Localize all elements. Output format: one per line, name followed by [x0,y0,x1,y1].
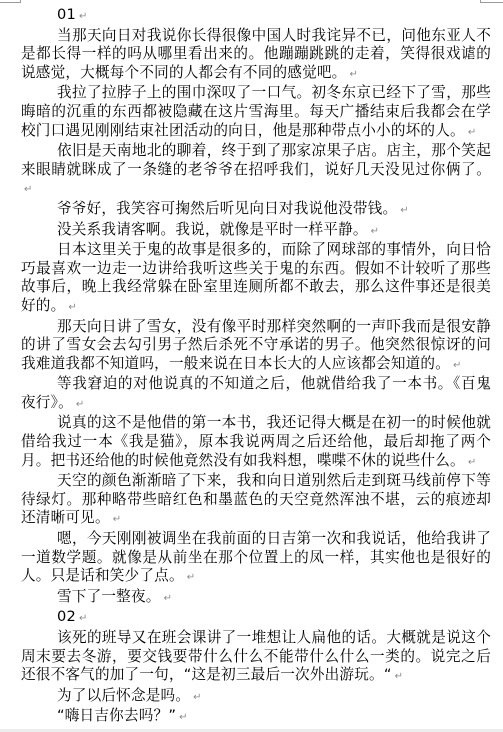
paragraph[interactable]: 当那天向日对我说你长得很像中国人时我诧异不已，问他东亚人不是都长得一样的吗从哪里… [21,27,491,85]
paragraph[interactable]: “嗨日吉你去吗？”↵ [21,707,491,728]
paragraph-mark-icon: ↵ [24,184,33,195]
paragraph-mark-icon: ↵ [164,593,173,604]
paragraph-mark-icon: ↵ [79,613,88,624]
paragraph[interactable]: 没关系我请客啊。我说，就像是平时一样平静。↵ [21,221,491,242]
paragraph[interactable]: 等我窘迫的对他说真的不知道之后，他就借给我了一本书。《百鬼夜行》。↵ [21,375,491,414]
paragraph-mark-icon: ↵ [79,11,88,22]
crop-mark-top-right-v [480,0,481,3]
paragraph-mark-icon: ↵ [113,514,122,525]
paragraph[interactable]: 说真的这不是他借的第一本书，我还记得大概是在初一的时候他就借给我过一本《我是猫》… [21,414,491,472]
paragraph-mark-icon: ↵ [179,712,188,723]
paragraph[interactable]: 该死的班导又在班会课讲了一堆想让人扁他的话。大概就是说这个周末要去冬游，要交钱要… [21,629,491,687]
paragraph[interactable]: 嗯，今天刚刚被调坐在我前面的日吉第一次和我说话，他给我讲了一道数学题。就像是从前… [21,530,491,588]
paragraph[interactable]: 为了以后怀念是吗。↵ [21,687,491,708]
paragraph-mark-icon: ↵ [400,205,409,216]
paragraph[interactable]: 爷爷好，我笑容可掬然后听见向日对我说他没带钱。↵ [21,200,491,221]
paragraph-mark-icon: ↵ [187,572,196,583]
paragraph-mark-icon: ↵ [468,457,477,468]
section-heading-01[interactable]: 01↵ [21,6,491,27]
paragraph[interactable]: 日本这里关于鬼的故事是很多的，而除了网球部的事情外，向日恰巧最喜欢一边走一边讲给… [21,241,491,317]
paragraph-mark-icon: ↵ [395,671,404,682]
paragraph-mark-icon: ↵ [453,360,462,371]
section-heading-02[interactable]: 02↵ [21,608,491,629]
paragraph[interactable]: 天空的颜色渐渐暗了下来，我和向日道别然后走到斑马线前停下等待绿灯。那种略带些暗红… [21,472,491,530]
crop-mark-top-left-h [0,2,20,3]
paragraph-mark-icon: ↵ [468,127,477,138]
crop-mark-top-right-h [480,2,503,3]
paragraph-mark-icon: ↵ [349,69,358,80]
paragraph-mark-icon: ↵ [76,399,85,410]
paragraph-mark-icon: ↵ [371,226,380,237]
paragraph[interactable]: 雪下了一整夜。↵ [21,588,491,609]
paragraph-mark-icon: ↵ [68,302,77,313]
crop-mark-top-left-v [20,0,21,3]
paragraph-mark-icon: ↵ [193,692,202,703]
document-page[interactable]: 01↵ 当那天向日对我说你长得很像中国人时我诧异不已，问他东亚人不是都长得一样的… [21,6,491,728]
paragraph[interactable]: 依旧是天南地北的聊着，终于到了那家凉果子店。店主，那个笑起来眼睛就眯成了一条缝的… [21,142,491,200]
paragraph[interactable]: 我拉了拉脖子上的围巾深叹了一口气。初冬东京已经下了雪，那些晦暗的沉重的东西都被隐… [21,84,491,142]
paragraph[interactable]: 那天向日讲了雪女，没有像平时那样突然啊的一声吓我而是很安静的讲了雪女会去勾引男子… [21,318,491,376]
